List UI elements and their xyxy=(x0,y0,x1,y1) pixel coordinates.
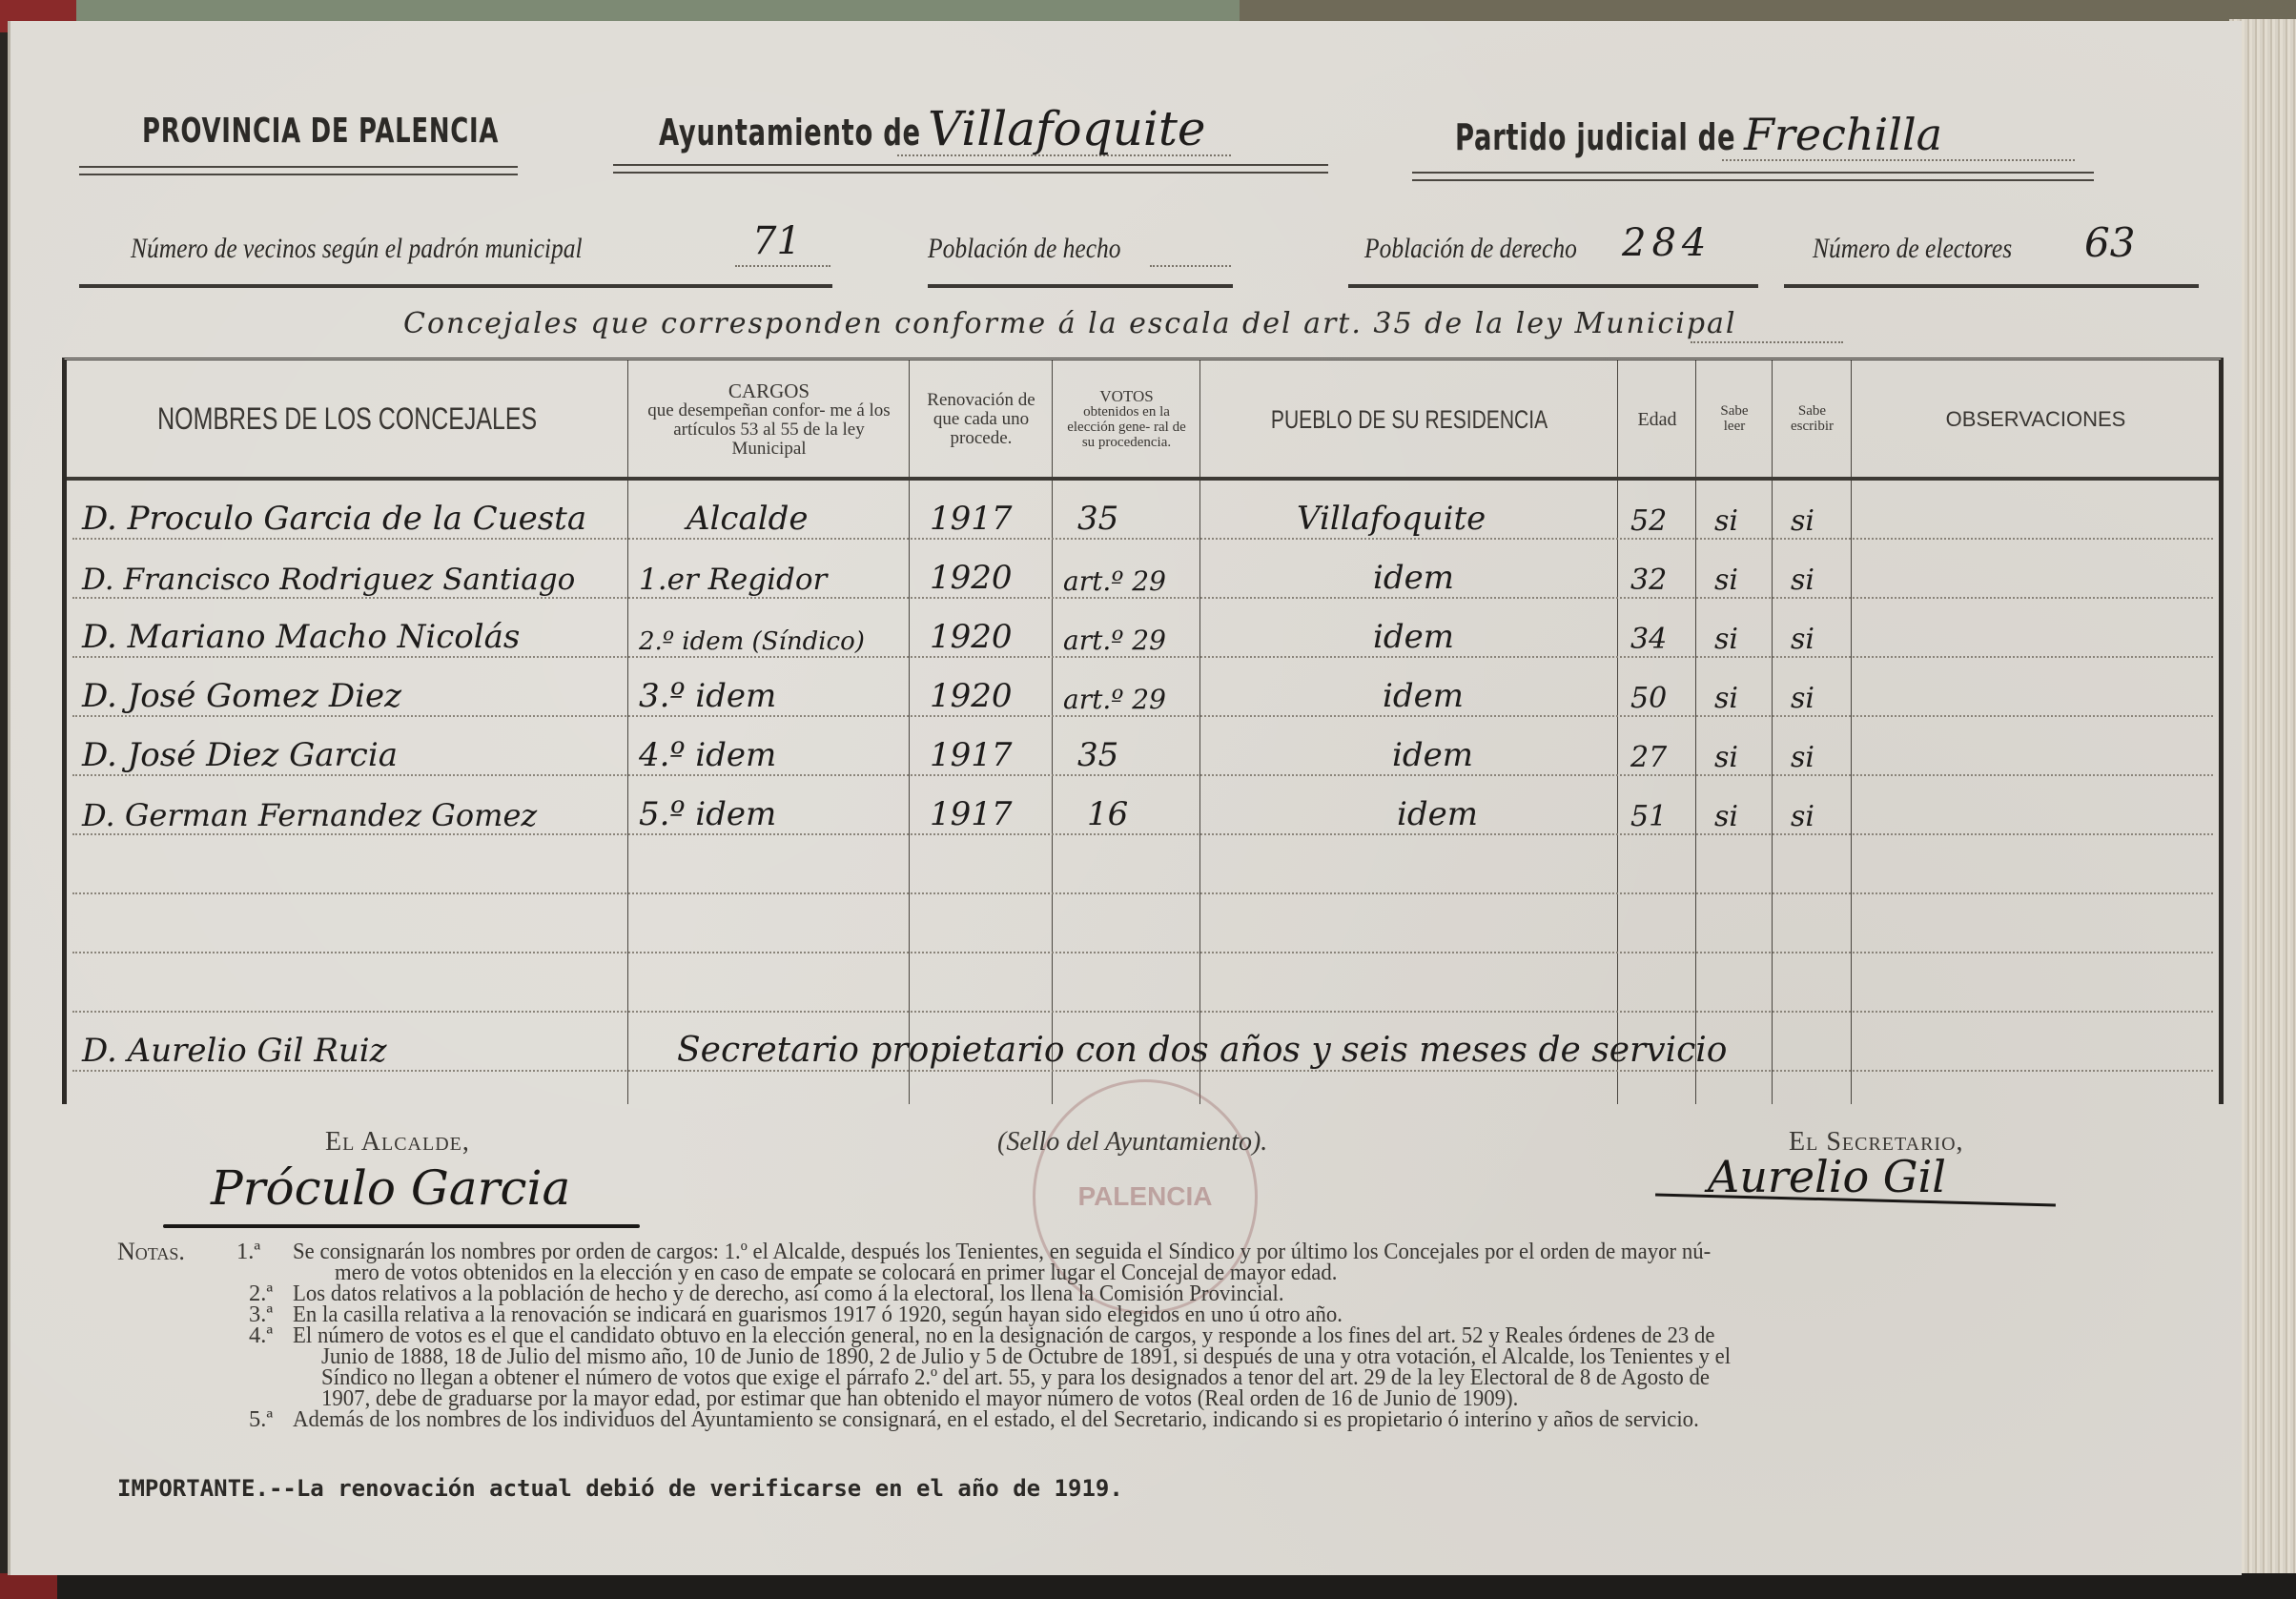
cell-pueblo: Villafoquite xyxy=(1297,484,1486,542)
rule xyxy=(1348,284,1758,288)
cell-cargo: 3.º idem xyxy=(639,662,776,719)
cell-escribir: si xyxy=(1791,484,1814,542)
row-line xyxy=(72,952,2213,953)
cell-leer: si xyxy=(1714,780,1738,837)
column-divider xyxy=(909,360,910,1104)
poblacion-hecho-dotline xyxy=(1150,265,1231,267)
cell-escribir: si xyxy=(1791,721,1814,778)
cell-nombre: D. Proculo Garcia de la Cuesta xyxy=(82,484,586,542)
cell-renovacion: 1920 xyxy=(930,543,1013,601)
rule xyxy=(928,284,1233,288)
sello-label: (Sello del Ayuntamiento). xyxy=(997,1127,1267,1158)
vecinos-label: Número de vecinos según el padrón munici… xyxy=(131,233,583,265)
cell-edad: 34 xyxy=(1630,603,1667,660)
cell-votos: art.º 29 xyxy=(1063,543,1166,601)
cell-cargo: 4.º idem xyxy=(639,721,776,778)
secretary-name: D. Aurelio Gil Ruiz xyxy=(82,1016,387,1074)
poblacion-derecho-label: Población de derecho xyxy=(1364,233,1577,265)
cell-cargo: 1.er Regidor xyxy=(639,543,827,601)
column-divider xyxy=(627,360,628,1104)
concejales-table: NOMBRES DE LOS CONCEJALES CARGOS que des… xyxy=(62,358,2224,1104)
ayuntamiento-value: Villafoquite xyxy=(928,101,1206,156)
cell-edad: 32 xyxy=(1630,543,1667,601)
column-divider xyxy=(1052,360,1053,1104)
cell-nombre: D. Francisco Rodriguez Santiago xyxy=(82,543,575,601)
cell-votos: art.º 29 xyxy=(1063,662,1166,719)
header-edad: Edad xyxy=(1619,366,1695,473)
note-number: 5.ª xyxy=(249,1409,273,1430)
note-line: Además de los nombres de los individuos … xyxy=(293,1409,1699,1430)
header-nombres: NOMBRES DE LOS CONCEJALES xyxy=(67,366,627,473)
cell-cargo: 5.º idem xyxy=(639,780,776,837)
note-number: 4.ª xyxy=(249,1325,273,1346)
cell-escribir: si xyxy=(1791,662,1814,719)
important-notice: IMPORTANTE.--La renovación actual debió … xyxy=(117,1475,1123,1502)
cell-nombre: D. José Gomez Diez xyxy=(82,662,401,719)
note-number: 1.ª xyxy=(236,1241,260,1262)
ayuntamiento-label: Ayuntamiento de xyxy=(659,112,921,154)
cell-pueblo: idem xyxy=(1373,543,1454,601)
dotline xyxy=(735,265,830,267)
document-page: PROVINCIA DE PALENCIA Ayuntamiento de Vi… xyxy=(8,21,2242,1575)
signature-underline xyxy=(163,1224,640,1228)
cell-leer: si xyxy=(1714,721,1738,778)
header-sabe-leer: Sabe leer xyxy=(1697,366,1772,473)
cell-pueblo: idem xyxy=(1392,721,1473,778)
column-divider xyxy=(1695,360,1696,1104)
rule xyxy=(1412,172,2094,181)
secretario-signature: Aurelio Gil xyxy=(1708,1151,1946,1202)
header-votos: VOTOS obtenidos en la elección gene- ral… xyxy=(1054,366,1199,473)
alcalde-label: El Alcalde, xyxy=(325,1127,470,1158)
cell-pueblo: idem xyxy=(1397,780,1478,837)
header-votos-sub: obtenidos en la elección gene- ral de su… xyxy=(1060,405,1194,450)
partido-label: Partido judicial de xyxy=(1455,116,1735,158)
header-observaciones: OBSERVACIONES xyxy=(1853,366,2219,473)
header-pueblo: PUEBLO DE SU RESIDENCIA xyxy=(1201,366,1617,473)
cell-votos: 16 xyxy=(1087,780,1128,837)
cell-votos: art.º 29 xyxy=(1063,603,1166,660)
header-renovacion: Renovación de que cada uno procede. xyxy=(911,366,1052,473)
alcalde-signature: Próculo Garcia xyxy=(211,1160,570,1216)
cell-leer: si xyxy=(1714,603,1738,660)
cell-pueblo: idem xyxy=(1373,603,1454,660)
cell-escribir: si xyxy=(1791,780,1814,837)
row-line xyxy=(72,892,2213,894)
header-cargos-title: CARGOS xyxy=(728,380,810,401)
provincia-heading: PROVINCIA DE PALENCIA xyxy=(142,112,499,151)
partido-value: Frechilla xyxy=(1744,109,1942,160)
cell-leer: si xyxy=(1714,662,1738,719)
electores-value: 63 xyxy=(2084,219,2135,266)
concejales-title: Concejales que corresponden conforme á l… xyxy=(403,307,1737,340)
dotline xyxy=(1691,341,1843,343)
column-divider xyxy=(1851,360,1852,1104)
electores-label: Número de electores xyxy=(1813,233,2012,265)
cell-renovacion: 1917 xyxy=(930,484,1013,542)
cell-nombre: D. Mariano Macho Nicolás xyxy=(82,603,520,660)
column-divider xyxy=(1617,360,1618,1104)
cell-cargo: Alcalde xyxy=(687,484,809,542)
header-cargos-sub: que desempeñan confor- me á los artículo… xyxy=(641,401,898,459)
header-votos-title: VOTOS xyxy=(1099,388,1153,405)
row-line xyxy=(72,1011,2213,1013)
poblacion-derecho-value: 284 xyxy=(1622,221,1712,265)
book-binding-bottom xyxy=(0,1573,2296,1599)
header-sabe-escribir: Sabe escribir xyxy=(1773,366,1851,473)
header-rule xyxy=(67,477,2219,481)
vecinos-value: 71 xyxy=(752,219,801,263)
cell-renovacion: 1917 xyxy=(930,721,1013,778)
rule xyxy=(613,164,1328,174)
column-divider xyxy=(1199,360,1200,1104)
cell-renovacion: 1920 xyxy=(930,662,1013,719)
rule xyxy=(1784,284,2199,288)
cell-leer: si xyxy=(1714,484,1738,542)
cell-edad: 50 xyxy=(1630,662,1667,719)
poblacion-hecho-label: Población de hecho xyxy=(928,233,1121,265)
cell-nombre: D. German Fernandez Gomez xyxy=(82,780,537,837)
cell-edad: 52 xyxy=(1630,484,1667,542)
cell-votos: 35 xyxy=(1077,721,1118,778)
cell-nombre: D. José Diez Garcia xyxy=(82,721,398,778)
cell-escribir: si xyxy=(1791,603,1814,660)
secretary-detail: Secretario propietario con dos años y se… xyxy=(677,1016,1727,1074)
cell-edad: 51 xyxy=(1630,780,1667,837)
cell-edad: 27 xyxy=(1630,721,1667,778)
cell-pueblo: idem xyxy=(1383,662,1464,719)
column-divider xyxy=(1772,360,1773,1104)
rule xyxy=(79,166,518,175)
header-cargos: CARGOS que desempeñan confor- me á los a… xyxy=(629,366,909,473)
cell-escribir: si xyxy=(1791,543,1814,601)
cell-cargo: 2.º idem (Síndico) xyxy=(639,603,865,660)
cell-renovacion: 1917 xyxy=(930,780,1013,837)
notes-label: Notas. xyxy=(117,1241,185,1262)
cell-renovacion: 1920 xyxy=(930,603,1013,660)
rule xyxy=(79,284,832,288)
cell-leer: si xyxy=(1714,543,1738,601)
cell-votos: 35 xyxy=(1077,484,1118,542)
